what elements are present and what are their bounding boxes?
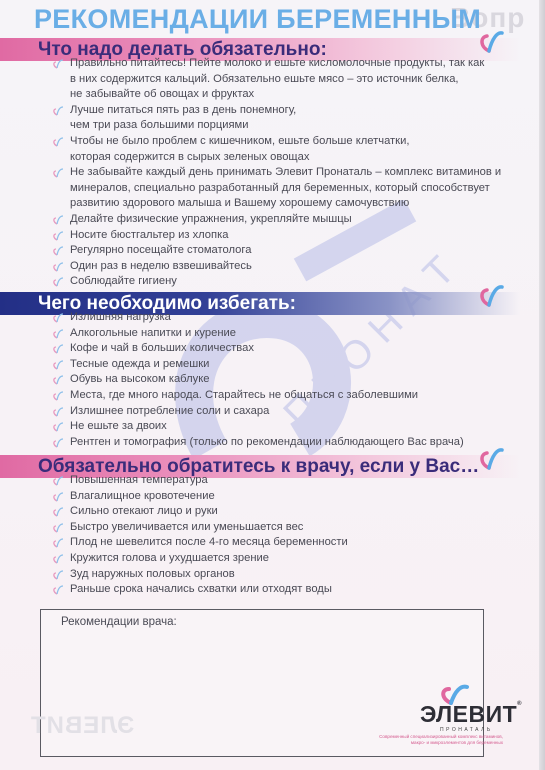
heart-bullet-icon [52,57,64,69]
heart-bullet-icon [52,275,64,287]
list-item: Рентген и томография (только по рекоменд… [52,435,464,451]
list-item-text: Не забывайте каждый день принимать Элеви… [70,165,501,181]
list-item-text: Один раз в неделю взвешивайтесь [70,259,501,275]
list-item: Чтобы не было проблем с кишечником, ешьт… [52,134,501,165]
section-list: Излишняя нагрузкаАлкогольные напитки и к… [52,310,464,450]
leaflet-page: Вопр П Р О Н А Т А Л Ь РЕКОМЕНДАЦИИ БЕРЕ… [0,0,545,770]
logo-subtitle: ПРОНАТАЛЬ [440,727,493,733]
list-item-text: Правильно питайтесь! Пейте молоко и ешьт… [70,56,501,72]
list-item: Тесные одежда и ремешки [52,357,464,373]
list-item-text: Влагалищное кровотечение [70,489,348,505]
heart-bullet-icon [52,135,64,147]
list-item-text: Не ешьте за двоих [70,419,464,435]
list-item-text: Плод не шевелится после 4-го месяца бере… [70,535,348,551]
heart-logo-icon [478,282,504,308]
heart-bullet-icon [52,327,64,339]
elevit-logo: ЭЛЕВИТ® ПРОНАТАЛЬ Современный специализи… [345,683,535,753]
heart-bullet-icon [52,505,64,517]
list-item: Обувь на высоком каблуке [52,372,464,388]
list-item: Быстро увеличивается или уменьшается вес [52,520,348,536]
heart-bullet-icon [52,260,64,272]
list-item-text: Тесные одежда и ремешки [70,357,464,373]
heart-bullet-icon [52,244,64,256]
list-item-text: чем три раза большими порциями [70,118,501,134]
list-item-text: Зуд наружных половых органов [70,567,348,583]
list-item: Делайте физические упражнения, укрепляйт… [52,212,501,228]
list-item: Повышенная температура [52,473,348,489]
list-item: Алкогольные напитки и курение [52,326,464,342]
heart-bullet-icon [52,436,64,448]
list-item-text: Соблюдайте гигиену [70,274,501,290]
list-item: Кружится голова и ухудшается зрение [52,551,348,567]
logo-tagline: Современный специализированный комплекс … [345,734,503,746]
list-item-text: в них содержится кальций. Обязательно еш… [70,72,501,88]
list-item-text: Кофе и чай в больших количествах [70,341,464,357]
list-item: Излишнее потребление соли и сахара [52,404,464,420]
list-item-text: Раньше срока начались схватки или отходя… [70,582,348,598]
list-item: Один раз в неделю взвешивайтесь [52,259,501,275]
heart-bullet-icon [52,490,64,502]
list-item: Регулярно посещайте стоматолога [52,243,501,259]
list-item: Носите бюстгальтер из хлопка [52,228,501,244]
logo-name: ЭЛЕВИТ® [420,701,522,728]
list-item-text: Места, где много народа. Старайтесь не о… [70,388,464,404]
list-item: Правильно питайтесь! Пейте молоко и ешьт… [52,56,501,103]
list-item: Плод не шевелится после 4-го месяца бере… [52,535,348,551]
list-item-text: Алкогольные напитки и курение [70,326,464,342]
list-item: Зуд наружных половых органов [52,567,348,583]
heart-bullet-icon [52,213,64,225]
list-item-text: Чтобы не было проблем с кишечником, ешьт… [70,134,501,150]
list-item-text: Излишнее потребление соли и сахара [70,404,464,420]
list-item-text: Регулярно посещайте стоматолога [70,243,501,259]
heart-bullet-icon [52,583,64,595]
heart-bullet-icon [52,405,64,417]
heart-bullet-icon [52,552,64,564]
heart-logo-icon [478,28,504,54]
page-title: РЕКОМЕНДАЦИИ БЕРЕМЕННЫМ [34,4,481,35]
list-item-text: Рентген и томография (только по рекоменд… [70,435,464,451]
heart-logo-icon [478,445,504,471]
list-item: Не ешьте за двоих [52,419,464,435]
list-item: Раньше срока начались схватки или отходя… [52,582,348,598]
heart-bullet-icon [52,420,64,432]
page-edge-shadow [539,0,545,770]
list-item-text: Делайте физические упражнения, укрепляйт… [70,212,501,228]
list-item: Кофе и чай в больших количествах [52,341,464,357]
section-list: Повышенная температураВлагалищное кровот… [52,473,348,598]
section-list: Правильно питайтесь! Пейте молоко и ешьт… [52,56,501,290]
heart-bullet-icon [52,521,64,533]
list-item: Не забывайте каждый день принимать Элеви… [52,165,501,212]
heart-bullet-icon [52,373,64,385]
heart-bullet-icon [52,342,64,354]
heart-bullet-icon [52,104,64,116]
heart-bullet-icon [52,474,64,486]
list-item-text: Сильно отекают лицо и руки [70,504,348,520]
list-item-text: Быстро увеличивается или уменьшается вес [70,520,348,536]
list-item: Сильно отекают лицо и руки [52,504,348,520]
list-item-text: минералов, специально разработанный для … [70,181,501,197]
list-item: Излишняя нагрузка [52,310,464,326]
list-item-text: Повышенная температура [70,473,348,489]
heart-bullet-icon [52,536,64,548]
heart-bullet-icon [52,568,64,580]
list-item-text: которая содержится в сырых зеленых овоща… [70,150,501,166]
list-item-text: не забывайте об овощах и фруктах [70,87,501,103]
list-item: Места, где много народа. Старайтесь не о… [52,388,464,404]
doctor-recommendations-label: Рекомендации врача: [61,616,177,628]
list-item-text: Носите бюстгальтер из хлопка [70,228,501,244]
heart-bullet-icon [52,358,64,370]
list-item-text: развитию здорового малыша и Вашему хорош… [70,196,501,212]
list-item-text: Обувь на высоком каблуке [70,372,464,388]
bleed-through-logo: ЭЛЕВИТ [30,712,134,740]
list-item: Соблюдайте гигиену [52,274,501,290]
list-item: Лучше питаться пять раз в день понемногу… [52,103,501,134]
list-item-text: Лучше питаться пять раз в день понемногу… [70,103,501,119]
heart-bullet-icon [52,229,64,241]
list-item: Влагалищное кровотечение [52,489,348,505]
heart-bullet-icon [52,389,64,401]
list-item-text: Излишняя нагрузка [70,310,464,326]
heart-bullet-icon [52,166,64,178]
heart-bullet-icon [52,311,64,323]
list-item-text: Кружится голова и ухудшается зрение [70,551,348,567]
